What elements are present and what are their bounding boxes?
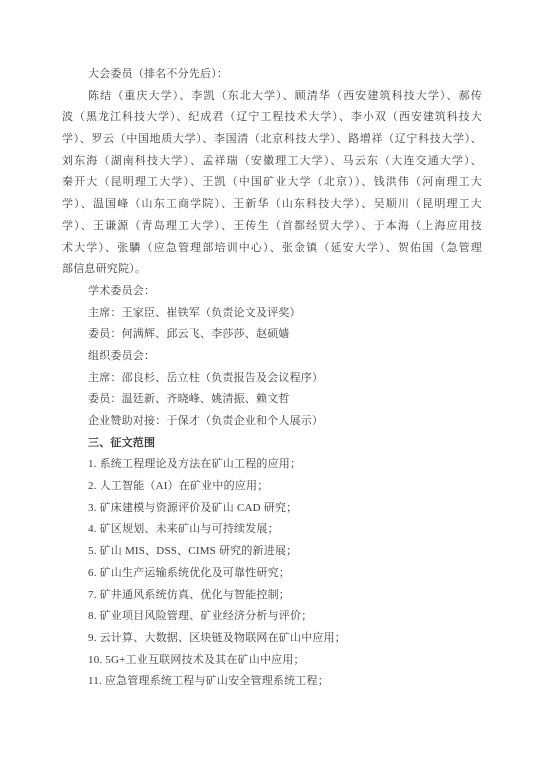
document-line-28: 10. 5G+工业互联网技术及其在矿山中应用； — [62, 650, 482, 672]
document-line-29: 11. 应急管理系统工程与矿山安全管理系统工程； — [62, 671, 482, 693]
document-line-7: 学）、温国峰（山东工商学院）、王新华（山东科技大学）、吴顺川（昆明理工大 — [62, 194, 482, 216]
document-line-5: 刘东海（湖南科技大学）、孟祥瑞（安徽理工大学）、马云东（大连交通大学）、 — [62, 151, 482, 173]
document-line-15: 主席：邵良杉、岳立柱（负责报告及会议程序） — [62, 368, 482, 390]
document-line-1: 大会委员（排名不分先后）： — [62, 64, 482, 86]
document-line-26: 8. 矿业项目风险管理、矿业经济分析与评价； — [62, 606, 482, 628]
document-line-23: 5. 矿山 MIS、DSS、CIMS 研究的新进展； — [62, 541, 482, 563]
document-line-8: 学）、王谦源（青岛理工大学）、王传生（首都经贸大学）、于本海（上海应用技 — [62, 216, 482, 238]
document-line-24: 6. 矿山生产运输系统优化及可靠性研究； — [62, 563, 482, 585]
document-line-22: 4. 矿区规划、未来矿山与可持续发展； — [62, 519, 482, 541]
document-line-2: 陈结（重庆大学）、李凯（东北大学）、顾清华（西安建筑科技大学）、郝传 — [62, 86, 482, 108]
document-line-20: 2. 人工智能（AI）在矿业中的应用； — [62, 476, 482, 498]
document-line-19: 1. 系统工程理论及方法在矿山工程的应用； — [62, 454, 482, 476]
document-line-9: 术大学）、张驎（应急管理部培训中心）、张金镇（延安大学）、贺佑国（急管理 — [62, 238, 482, 260]
document-line-10: 部信息研究院）。 — [62, 259, 482, 281]
document-body: 大会委员（排名不分先后）：陈结（重庆大学）、李凯（东北大学）、顾清华（西安建筑科… — [62, 64, 482, 693]
document-line-16: 委员：温廷新、齐晓峰、姚清振、赖文哲 — [62, 389, 482, 411]
document-line-12: 主席：王家臣、崔铁军（负责论文及评奖） — [62, 303, 482, 325]
document-line-14: 组织委员会： — [62, 346, 482, 368]
document-line-18: 三、征文范围 — [62, 433, 482, 455]
document-line-21: 3. 矿床建模与资源评价及矿山 CAD 研究； — [62, 498, 482, 520]
document-line-13: 委员：何满辉、邱云飞、李莎莎、赵硕嫱 — [62, 324, 482, 346]
document-line-17: 企业赞助对接：于保才（负责企业和个人展示） — [62, 411, 482, 433]
document-line-25: 7. 矿井通风系统仿真、优化与智能控制； — [62, 585, 482, 607]
document-line-4: 学）、罗云（中国地质大学）、李国清（北京科技大学）、路增祥（辽宁科技大学）、 — [62, 129, 482, 151]
document-line-6: 秦开大（昆明理工大学）、王凯（中国矿业大学（北京））、钱洪伟（河南理工大 — [62, 172, 482, 194]
document-line-27: 9. 云计算、大数据、区块链及物联网在矿山中应用； — [62, 628, 482, 650]
document-line-3: 波（黑龙江科技大学）、纪成君（辽宁工程技术大学）、李小双（西安建筑科技大 — [62, 107, 482, 129]
document-page: 大会委员（排名不分先后）：陈结（重庆大学）、李凯（东北大学）、顾清华（西安建筑科… — [0, 0, 543, 768]
document-line-11: 学术委员会： — [62, 281, 482, 303]
